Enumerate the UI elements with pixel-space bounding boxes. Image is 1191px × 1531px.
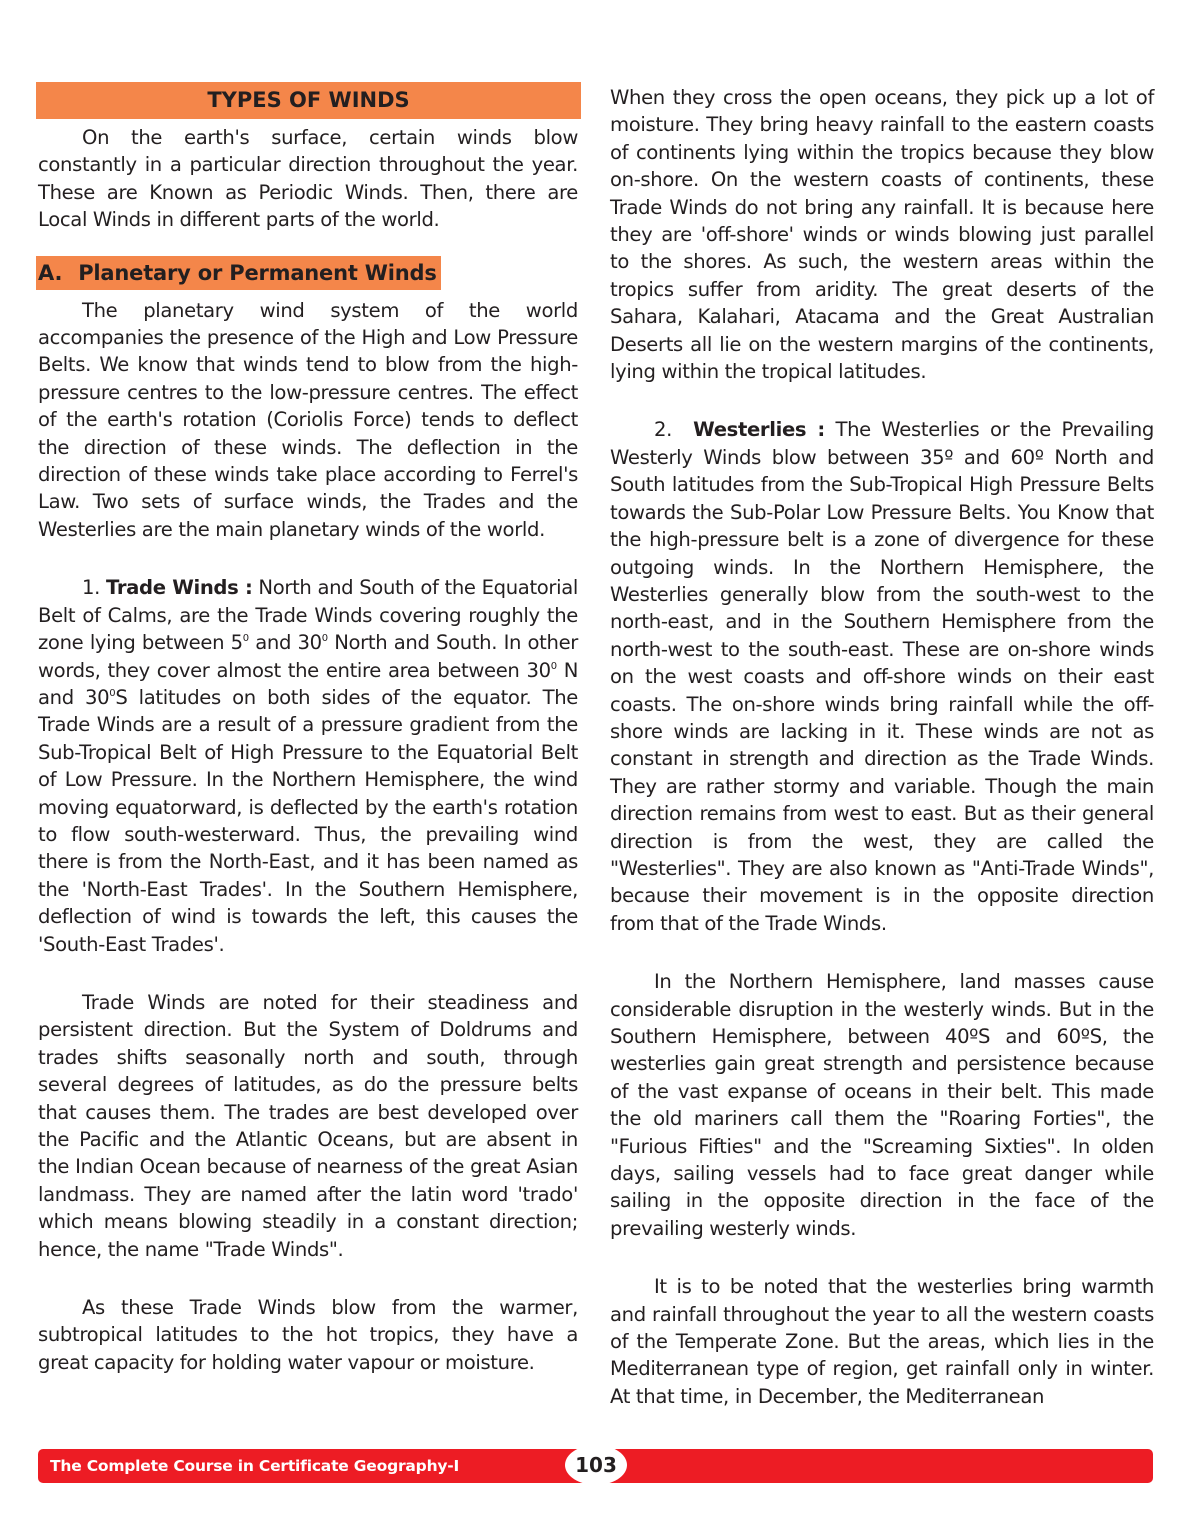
westerlies-warmth-paragraph: It is to be noted that the westerlies br… [610, 1273, 1154, 1410]
trade-winds-text: S latitudes on both sides of the equator… [38, 686, 578, 956]
oceans-paragraph: When they cross the open oceans, they pi… [610, 84, 1154, 385]
westerlies-term: Westerlies : [693, 418, 825, 441]
page-number: 103 [575, 1453, 617, 1477]
warmer-latitudes-paragraph: As these Trade Winds blow from the warme… [38, 1294, 578, 1376]
planetary-paragraph: The planetary wind system of the world a… [38, 297, 578, 544]
page-number-badge: 103 [565, 1445, 627, 1485]
trade-winds-number: 1. [82, 576, 100, 599]
book-title: The Complete Course in Certificate Geogr… [50, 1449, 459, 1483]
trade-winds-term: Trade Winds : [106, 576, 252, 599]
page-heading: TYPES OF WINDS [207, 87, 409, 114]
westerlies-paragraph: 2. Westerlies : The Westerlies or the Pr… [610, 416, 1154, 937]
subsection-letter: A. [38, 261, 62, 285]
steadiness-paragraph: Trade Winds are noted for their steadine… [38, 989, 578, 1263]
westerlies-number: 2. [654, 418, 672, 441]
intro-paragraph: On the earth's surface, certain winds bl… [38, 124, 578, 234]
page-footer: The Complete Course in Certificate Geogr… [38, 1449, 1153, 1483]
left-column: TYPES OF WINDS On the earth's surface, c… [38, 82, 578, 1376]
northern-hemisphere-paragraph: In the Northern Hemisphere, land masses … [610, 968, 1154, 1242]
subsection-title: Planetary or Permanent Winds [78, 261, 436, 285]
subsection-heading: A.Planetary or Permanent Winds [36, 256, 441, 290]
section-heading-banner: TYPES OF WINDS [36, 82, 581, 119]
trade-winds-text: and 30 [249, 631, 322, 654]
trade-winds-paragraph: 1. Trade Winds : North and South of the … [38, 574, 578, 958]
right-column: When they cross the open oceans, they pi… [610, 84, 1154, 1410]
westerlies-text: The Westerlies or the Prevailing Westerl… [610, 418, 1154, 934]
